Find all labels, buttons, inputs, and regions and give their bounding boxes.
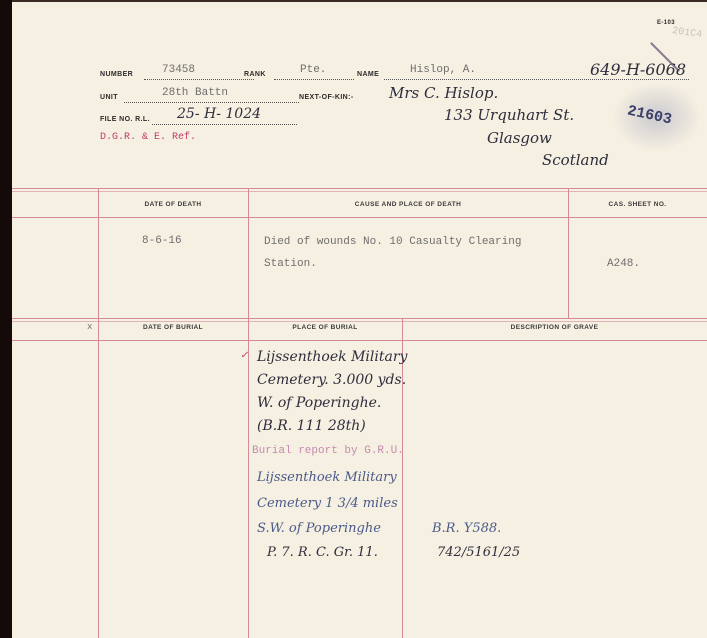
col-divider-2 (248, 189, 249, 638)
place-of-burial-line3: W. of Poperinghe. (257, 395, 381, 411)
margin-mark: x (87, 322, 92, 332)
check-mark-icon: ✓ (240, 350, 248, 361)
place-of-burial-2-line2: Cemetery 1 3/4 miles (257, 496, 398, 511)
grave-description-line1: B.R. Y588. (432, 521, 501, 536)
col-divider-4 (402, 319, 403, 638)
burial-report-stamp: Burial report by G.R.U. (252, 445, 404, 457)
rank-label: Rank (244, 71, 266, 78)
header-date-of-death: Date of Death (98, 201, 248, 208)
place-of-burial-2-line3: S.W. of Poperinghe (257, 521, 381, 536)
file-no-label: File No. R.L. (100, 116, 150, 123)
unit-line (124, 102, 299, 103)
file-no-value: 25- H- 1024 (177, 106, 261, 122)
number-value: 73458 (162, 64, 195, 76)
col-divider-1 (98, 189, 99, 638)
cas-sheet-value: A248. (607, 258, 640, 270)
next-of-kin-line4: Scotland (542, 151, 609, 169)
header-cas-sheet-no: Cas. Sheet No. (568, 201, 707, 208)
unit-value: 28th Battn (162, 87, 228, 99)
next-of-kin-label: Next-of-Kin:- (299, 94, 354, 101)
number-line (144, 79, 254, 80)
name-label: Name (357, 71, 379, 78)
name-value: Hislop, A. (410, 64, 476, 76)
grave-description-line2: 742/5161/25 (437, 545, 520, 560)
cause-of-death-line1: Died of wounds No. 10 Casualty Clearing (264, 236, 521, 248)
header-cause-place-of-death: Cause and Place of Death (248, 201, 568, 208)
rank-line (274, 79, 354, 80)
place-of-burial-line2: Cemetery. 3.000 yds. (257, 372, 406, 388)
place-of-burial-2-line1: Lijssenthoek Military (257, 470, 397, 485)
record-card: E-103 201C4 Number 73458 Rank Pte. Name … (12, 2, 707, 638)
scan-edge (0, 0, 12, 638)
next-of-kin-line1: Mrs C. Hislop. (389, 84, 498, 102)
number-label: Number (100, 71, 133, 78)
rule-death-top (12, 188, 707, 189)
cause-of-death-line2: Station. (264, 258, 317, 270)
handwritten-reference: 649-H-6068 (590, 60, 686, 79)
file-no-line (152, 124, 297, 125)
date-of-death-value: 8-6-16 (142, 235, 182, 247)
rank-value: Pte. (300, 64, 326, 76)
header-place-of-burial: Place of Burial (248, 324, 402, 331)
header-description-of-grave: Description of Grave (402, 324, 707, 331)
unit-label: Unit (100, 94, 118, 101)
col-divider-3 (568, 189, 569, 319)
plot-row-grave: P. 7. R. C. Gr. 11. (267, 545, 378, 560)
rule-burial-top (12, 318, 707, 319)
header-date-of-burial: Date of Burial (98, 324, 248, 331)
rule-death-top-2 (12, 191, 707, 192)
rule-death-header (12, 217, 707, 218)
place-of-burial-line4: (B.R. 111 28th) (257, 418, 366, 434)
rule-burial-header (12, 340, 707, 341)
next-of-kin-line2: 133 Urquhart St. (444, 106, 574, 124)
dgre-ref-label: D.G.R. & E. Ref. (100, 132, 196, 143)
rule-burial-top-2 (12, 321, 707, 322)
name-line (384, 79, 689, 80)
place-of-burial-line1: Lijssenthoek Military (257, 349, 407, 365)
next-of-kin-line3: Glasgow (487, 129, 552, 147)
corner-number: 201C4 (671, 26, 702, 41)
